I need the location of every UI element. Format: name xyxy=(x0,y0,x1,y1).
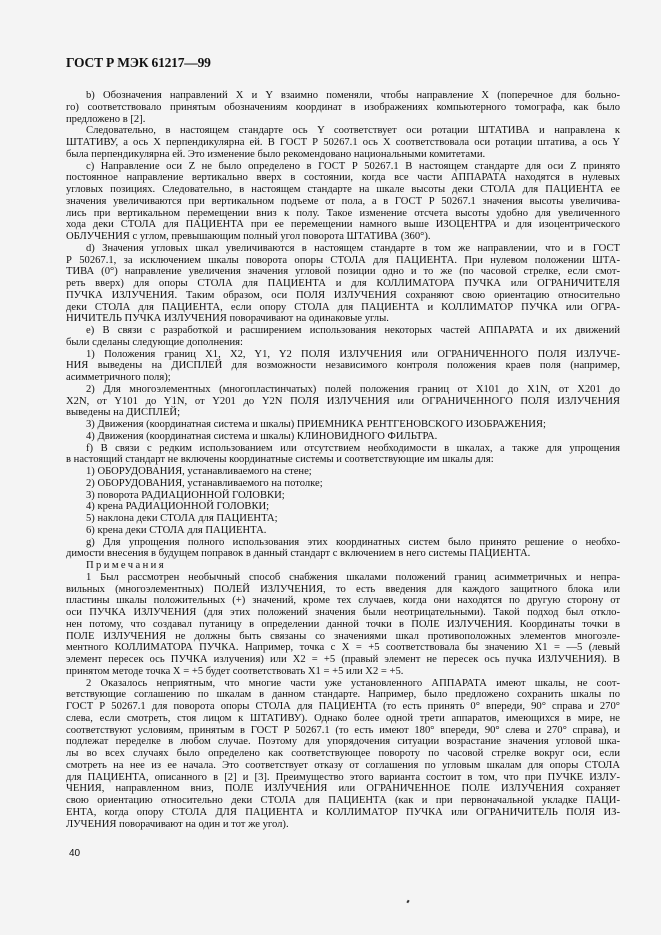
text-line: ОБЛУЧЕНИЯ с углом, превышающим полный уг… xyxy=(66,231,620,243)
paragraph-b: b) Обозначения направлений X и Y взаимно… xyxy=(66,90,620,125)
text-line: смотреть на нее из ее начала. Это соотве… xyxy=(66,760,620,772)
text-line: 4) Движения (координатная система и шкал… xyxy=(66,431,620,443)
paragraph-f4: 4) крена РАДИАЦИОННОЙ ГОЛОВКИ; xyxy=(66,501,620,513)
text-line: 3) поворота РАДИАЦИОННОЙ ГОЛОВКИ; xyxy=(66,490,620,502)
text-line: 2) ОБОРУДОВАНИЯ, устанавливаемого на пот… xyxy=(66,478,620,490)
paragraph-e4: 4) Движения (координатная система и шкал… xyxy=(66,431,620,443)
text-line: ТИВА (0°) направление увеличения значени… xyxy=(66,266,620,278)
text-line: 5) наклона деки СТОЛА для ПАЦИЕНТА; xyxy=(66,513,620,525)
text-line: лы во всех случаях было определено как с… xyxy=(66,748,620,760)
text-line: ШТАТИВУ, а ось X перпендикулярна ей. В Г… xyxy=(66,137,620,149)
note2: 2 Оказалось неприятным, что многие части… xyxy=(66,678,620,831)
text-line: угловых позициях. Следовательно, в насто… xyxy=(66,184,620,196)
text-line: ментного КОЛЛИМАТОРА ПУЧКА. Например, то… xyxy=(66,642,620,654)
text-line: 2) Для многоэлементных (многопластинчаты… xyxy=(66,384,620,396)
text-line: НИЧИТЕЛЬ ПУЧКА ИЗЛУЧЕНИЯ поворачивают на… xyxy=(66,313,620,325)
paragraph-f1: 1) ОБОРУДОВАНИЯ, устанавливаемого на сте… xyxy=(66,466,620,478)
text-line: 4) крена РАДИАЦИОННОЙ ГОЛОВКИ; xyxy=(66,501,620,513)
text-line: лись при вертикальном перемещении вниз к… xyxy=(66,208,620,220)
paragraph-e1: 1) Положения границ X1, X2, Y1, Y2 ПОЛЯ … xyxy=(66,349,620,384)
text-line: 6) крена деки СТОЛА для ПАЦИЕНТА. xyxy=(66,525,620,537)
text-line: e) В связи с разработкой и расширением и… xyxy=(66,325,620,337)
text-line: 1) ОБОРУДОВАНИЯ, устанавливаемого на сте… xyxy=(66,466,620,478)
document-header: ГОСТ Р МЭК 61217—99 xyxy=(66,55,211,71)
text-line: Следовательно, в настоящем стандарте ось… xyxy=(66,125,620,137)
text-line: слева, если смотреть, стоя лицом к ШТАТИ… xyxy=(66,713,620,725)
text-line: f) В связи с редким использованием или о… xyxy=(66,443,620,455)
text-line: пластины шкалы положительных (+) значени… xyxy=(66,595,620,607)
text-line: 3) Движения (координатная система и шкал… xyxy=(66,419,620,431)
paragraph-c: c) Направление оси Z не было определено … xyxy=(66,161,620,243)
paragraph-f5: 5) наклона деки СТОЛА для ПАЦИЕНТА; xyxy=(66,513,620,525)
text-line: оси ПУЧКА ИЗЛУЧЕНИЯ (для этих положений … xyxy=(66,607,620,619)
text-line: свою ориентацию относительно деки СТОЛА … xyxy=(66,795,620,807)
paragraph-e: e) В связи с разработкой и расширением и… xyxy=(66,325,620,349)
text-line: асимметричного поля); xyxy=(66,372,620,384)
text-line: элемент пересек ось ПУЧКА излучения) или… xyxy=(66,654,620,666)
text-line: была перпендикулярна ей. Это изменение б… xyxy=(66,149,620,161)
text-line: ЕНТА, когда опору СТОЛА ДЛЯ ПАЦИЕНТА и К… xyxy=(66,807,620,819)
text-line: предложено в [2]. xyxy=(66,114,620,126)
text-line: димости внесения в будущем поправок в да… xyxy=(66,548,620,560)
text-line: ЧЕНИЯ, направленном вниз, ПОЛЕ ИЗЛУЧЕНИЯ… xyxy=(66,783,620,795)
text-line: c) Направление оси Z не было определено … xyxy=(66,161,620,173)
text-line: реть вверх) для опоры СТОЛА для ПАЦИЕНТА… xyxy=(66,278,620,290)
text-line: нен потому, что создавал путаницу в опре… xyxy=(66,619,620,631)
text-line: го) соответствовало принятым обозначения… xyxy=(66,102,620,114)
text-line: соответствуют условиям, принятым в ГОСТ … xyxy=(66,725,620,737)
text-line: d) Значения угловых шкал увеличиваются в… xyxy=(66,243,620,255)
text-line: ветствующие соглашению по шкалам в данно… xyxy=(66,689,620,701)
text-line: ПУЧКА ИЗЛУЧЕНИЯ. Таким образом, оси ПОЛЯ… xyxy=(66,290,620,302)
text-line: b) Обозначения направлений X и Y взаимно… xyxy=(66,90,620,102)
text-line: Р 50267.1, за исключением шкалы поворота… xyxy=(66,255,620,267)
text-line: НИЯ выведены на ДИСПЛЕЙ для возможности … xyxy=(66,360,620,372)
text-line: ГОСТ Р 50267.1 для поворота опоры СТОЛА … xyxy=(66,701,620,713)
document-body: b) Обозначения направлений X и Y взаимно… xyxy=(66,90,620,830)
text-line: значения увеличиваются при вертикальном … xyxy=(66,196,620,208)
text-line: деки СТОЛА для ПАЦИЕНТА, если опору СТОЛ… xyxy=(66,302,620,314)
text-line: 1) Положения границ X1, X2, Y1, Y2 ПОЛЯ … xyxy=(66,349,620,361)
text-line: в настоящий стандарт не включены координ… xyxy=(66,454,620,466)
paragraph-g: g) Для упрощения полного использования э… xyxy=(66,537,620,561)
text-line: ПОЛЕ ИЗЛУЧЕНИЯ не должны быть связаны со… xyxy=(66,631,620,643)
text-line: X2N, от Y101 до Y1N, от Y201 до Y2N ПОЛЯ… xyxy=(66,396,620,408)
text-line: принятом методе точка X = +5 будет соотв… xyxy=(66,666,620,678)
notes-heading: Примечания xyxy=(66,560,620,572)
paragraph-e2: 2) Для многоэлементных (многопластинчаты… xyxy=(66,384,620,419)
text-line: 2 Оказалось неприятным, что многие части… xyxy=(66,678,620,690)
text-line: 1 Был рассмотрен необычный способ снабже… xyxy=(66,572,620,584)
paragraph-f3: 3) поворота РАДИАЦИОННОЙ ГОЛОВКИ; xyxy=(66,490,620,502)
paragraph-e3: 3) Движения (координатная система и шкал… xyxy=(66,419,620,431)
text-line: вильных (многоэлементных) ПОЛЕЙ ИЗЛУЧЕНИ… xyxy=(66,584,620,596)
text-line: хода деки СТОЛА для ПАЦИЕНТА при ее пере… xyxy=(66,219,620,231)
paragraph-f6: 6) крена деки СТОЛА для ПАЦИЕНТА. xyxy=(66,525,620,537)
text-line: для ПАЦИЕНТА, описанного в [2] и [3]. Пр… xyxy=(66,772,620,784)
page-number: 40 xyxy=(69,848,80,859)
text-line: g) Для упрощения полного использования э… xyxy=(66,537,620,549)
paragraph-f2: 2) ОБОРУДОВАНИЯ, устанавливаемого на пот… xyxy=(66,478,620,490)
text-line: ЛУЧЕНИЯ поворачивают на один и тот же уг… xyxy=(66,819,620,831)
text-line: были сделаны следующие дополнения: xyxy=(66,337,620,349)
paragraph-b2: Следовательно, в настоящем стандарте ось… xyxy=(66,125,620,160)
note1: 1 Был рассмотрен необычный способ снабже… xyxy=(66,572,620,678)
text-line: выведены на ДИСПЛЕЙ; xyxy=(66,407,620,419)
text-line: постоянное направление вертикально вверх… xyxy=(66,172,620,184)
text-line: подлежат переделке в любом случае. Поэто… xyxy=(66,736,620,748)
paragraph-f: f) В связи с редким использованием или о… xyxy=(66,443,620,467)
paragraph-d: d) Значения угловых шкал увеличиваются в… xyxy=(66,243,620,325)
scan-speck xyxy=(406,900,409,904)
